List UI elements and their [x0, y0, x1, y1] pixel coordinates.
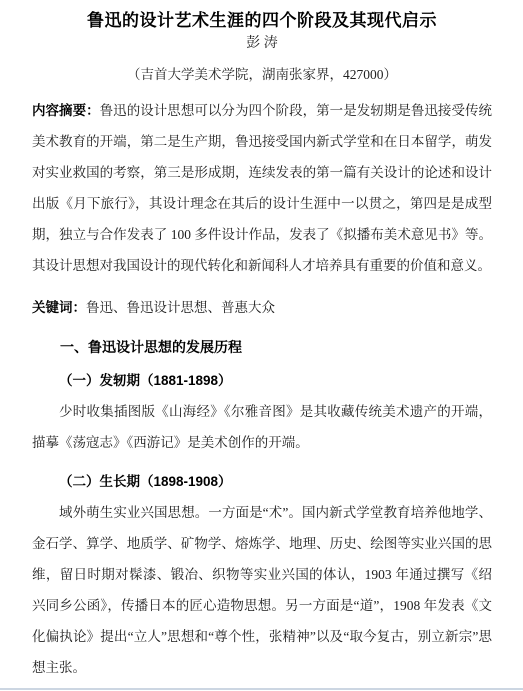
author-affiliation: （吉首大学美术学院，湖南张家界，427000）	[32, 65, 492, 85]
author-name: 彭 涛	[32, 34, 492, 54]
subsection-heading-growth-period: （二）生长期（1898-1908）	[32, 466, 492, 497]
paragraph-growth-period: 域外萌生实业兴国思想。一方面是“术”。国内新式学堂教育培养他地学、金石学、算学、…	[32, 497, 492, 683]
abstract-label: 内容摘要：	[32, 103, 100, 118]
page-title: 鲁迅的设计艺术生涯的四个阶段及其现代启示	[32, 8, 492, 34]
keywords-label: 关键词：	[32, 300, 86, 315]
document-page: 鲁迅的设计艺术生涯的四个阶段及其现代启示 彭 涛 （吉首大学美术学院，湖南张家界…	[0, 0, 523, 691]
section-heading-development-history: 一、鲁迅设计思想的发展历程	[32, 332, 492, 363]
keywords-paragraph: 关键词：鲁迅、鲁迅设计思想、普惠大众	[32, 292, 492, 323]
subsection-heading-initial-period: （一）发轫期（1881-1898）	[32, 365, 492, 396]
abstract-paragraph: 内容摘要：鲁迅的设计思想可以分为四个阶段，第一是发轫期是鲁迅接受传统美术教育的开…	[32, 95, 492, 281]
keywords-text: 鲁迅、鲁迅设计思想、普惠大众	[86, 300, 275, 315]
abstract-text: 鲁迅的设计思想可以分为四个阶段，第一是发轫期是鲁迅接受传统美术教育的开端，第二是…	[32, 103, 492, 273]
page-bottom-edge	[0, 688, 523, 690]
paragraph-initial-period: 少时收集插图版《山海经》《尔雅音图》是其收藏传统美术遗产的开端，描摹《荡寇志》《…	[32, 396, 492, 458]
